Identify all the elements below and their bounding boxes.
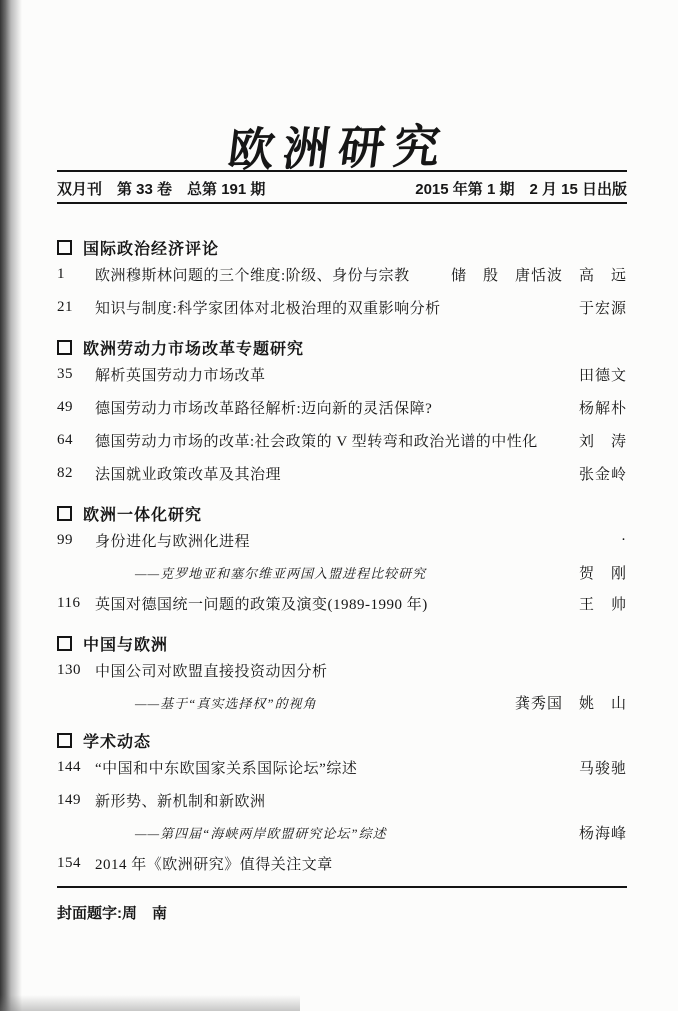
entry-title: “中国和中东欧国家关系国际论坛”综述 <box>95 757 357 778</box>
toc-entry: 116 英国对德国统一问题的政策及演变(1989-1990 年) 王 帅 <box>57 587 627 620</box>
toc-entry: 154 2014 年《欧洲研究》值得关注文章 <box>57 847 627 880</box>
entry-title: 中国公司对欧盟直接投资动因分析 <box>95 660 328 681</box>
entry-authors: 杨解朴 <box>579 397 627 418</box>
section-box-icon <box>57 240 72 255</box>
entry-subtitle-authors: 贺 刚 <box>579 562 627 583</box>
entry-title: 身份进化与欧洲化进程 <box>95 530 250 551</box>
section-label: 学术动态 <box>83 729 151 752</box>
masthead-info-row: 双月刊 第 33 卷 总第 191 期 2015 年第 1 期 2 月 15 日… <box>57 176 627 200</box>
entry-page-number: 21 <box>57 299 95 316</box>
toc-entry: 144 “中国和中东欧国家关系国际论坛”综述 马骏驰 <box>57 751 627 784</box>
entry-page-number: 130 <box>57 662 95 679</box>
section-label: 国际政治经济评论 <box>83 236 219 259</box>
header-rule-bottom <box>57 202 627 204</box>
footer-rule <box>57 886 627 888</box>
entry-page-number: 149 <box>57 792 95 809</box>
entry-authors: 刘 涛 <box>579 430 627 451</box>
entry-authors: · <box>621 532 627 549</box>
toc-entry: 49 德国劳动力市场改革路径解析:迈向新的灵活保障? 杨解朴 <box>57 391 627 424</box>
entry-subtitle-authors: 龚秀国 姚 山 <box>515 692 627 713</box>
toc: 国际政治经济评论 1 欧洲穆斯林问题的三个维度:阶级、身份与宗教 储 殷 唐恬波… <box>57 224 627 880</box>
cover-inscription: 封面题字:周 南 <box>57 902 167 923</box>
entry-authors: 王 帅 <box>579 593 627 614</box>
entry-title: 德国劳动力市场的改革:社会政策的 V 型转弯和政治光谱的中性化 <box>95 430 538 451</box>
entry-page-number: 154 <box>57 855 95 872</box>
entry-title: 2014 年《欧洲研究》值得关注文章 <box>95 853 333 874</box>
entry-page-number: 35 <box>57 366 95 383</box>
section-box-icon <box>57 733 72 748</box>
toc-entry-subtitle-row: ——第四届“海峡两岸欧盟研究论坛”综述 杨海峰 <box>57 817 627 847</box>
toc-entry: 64 德国劳动力市场的改革:社会政策的 V 型转弯和政治光谱的中性化 刘 涛 <box>57 424 627 457</box>
toc-entry-subtitle-row: ——基于“真实选择权”的视角 龚秀国 姚 山 <box>57 687 627 717</box>
entry-authors: 于宏源 <box>579 297 627 318</box>
journal-toc-page: 欧洲研究 双月刊 第 33 卷 总第 191 期 2015 年第 1 期 2 月… <box>0 0 678 1011</box>
section-label: 欧洲劳动力市场改革专题研究 <box>83 336 304 359</box>
entry-title: 知识与制度:科学家团体对北极治理的双重影响分析 <box>95 297 441 318</box>
section-header: 欧洲一体化研究 <box>57 502 627 524</box>
toc-entry: 82 法国就业政策改革及其治理 张金岭 <box>57 457 627 490</box>
section-header: 欧洲劳动力市场改革专题研究 <box>57 336 627 358</box>
toc-entry: 35 解析英国劳动力市场改革 田德文 <box>57 358 627 391</box>
entry-subtitle: ——基于“真实选择权”的视角 <box>135 693 317 712</box>
entry-title: 新形势、新机制和新欧洲 <box>95 790 266 811</box>
entry-page-number: 1 <box>57 266 95 283</box>
issue-info-left: 双月刊 第 33 卷 总第 191 期 <box>57 178 265 199</box>
entry-title: 欧洲穆斯林问题的三个维度:阶级、身份与宗教 <box>95 264 410 285</box>
section-header: 中国与欧洲 <box>57 632 627 654</box>
entry-subtitle-authors: 杨海峰 <box>579 822 627 843</box>
section-label: 中国与欧洲 <box>83 632 168 655</box>
entry-page-number: 116 <box>57 595 95 612</box>
section-label: 欧洲一体化研究 <box>83 502 202 525</box>
entry-page-number: 64 <box>57 432 95 449</box>
section-box-icon <box>57 340 72 355</box>
toc-entry-subtitle-row: ——克罗地亚和塞尔维亚两国入盟进程比较研究 贺 刚 <box>57 557 627 587</box>
entry-page-number: 99 <box>57 532 95 549</box>
toc-entry: 1 欧洲穆斯林问题的三个维度:阶级、身份与宗教 储 殷 唐恬波 高 远 <box>57 258 627 291</box>
entry-subtitle: ——第四届“海峡两岸欧盟研究论坛”综述 <box>135 823 387 842</box>
section-box-icon <box>57 506 72 521</box>
toc-entry: 130 中国公司对欧盟直接投资动因分析 <box>57 654 627 687</box>
toc-entry: 149 新形势、新机制和新欧洲 <box>57 784 627 817</box>
toc-entry: 99 身份进化与欧洲化进程 · <box>57 524 627 557</box>
journal-title-calligraphy: 欧洲研究 <box>0 106 678 184</box>
entry-authors: 储 殷 唐恬波 高 远 <box>451 264 627 285</box>
entry-title: 德国劳动力市场改革路径解析:迈向新的灵活保障? <box>95 397 432 418</box>
entry-authors: 张金岭 <box>579 463 627 484</box>
entry-title: 法国就业政策改革及其治理 <box>95 463 281 484</box>
entry-page-number: 144 <box>57 759 95 776</box>
header-rule-top <box>57 170 627 172</box>
section-header: 国际政治经济评论 <box>57 236 627 258</box>
section-header: 学术动态 <box>57 729 627 751</box>
toc-entry: 21 知识与制度:科学家团体对北极治理的双重影响分析 于宏源 <box>57 291 627 324</box>
entry-page-number: 49 <box>57 399 95 416</box>
entry-subtitle: ——克罗地亚和塞尔维亚两国入盟进程比较研究 <box>135 563 426 582</box>
issue-info-right: 2015 年第 1 期 2 月 15 日出版 <box>415 178 627 199</box>
scan-shadow-bottom <box>0 995 300 1011</box>
entry-page-number: 82 <box>57 465 95 482</box>
entry-title: 英国对德国统一问题的政策及演变(1989-1990 年) <box>95 593 428 614</box>
entry-title: 解析英国劳动力市场改革 <box>95 364 266 385</box>
entry-authors: 马骏驰 <box>579 757 627 778</box>
entry-authors: 田德文 <box>579 364 627 385</box>
section-box-icon <box>57 636 72 651</box>
